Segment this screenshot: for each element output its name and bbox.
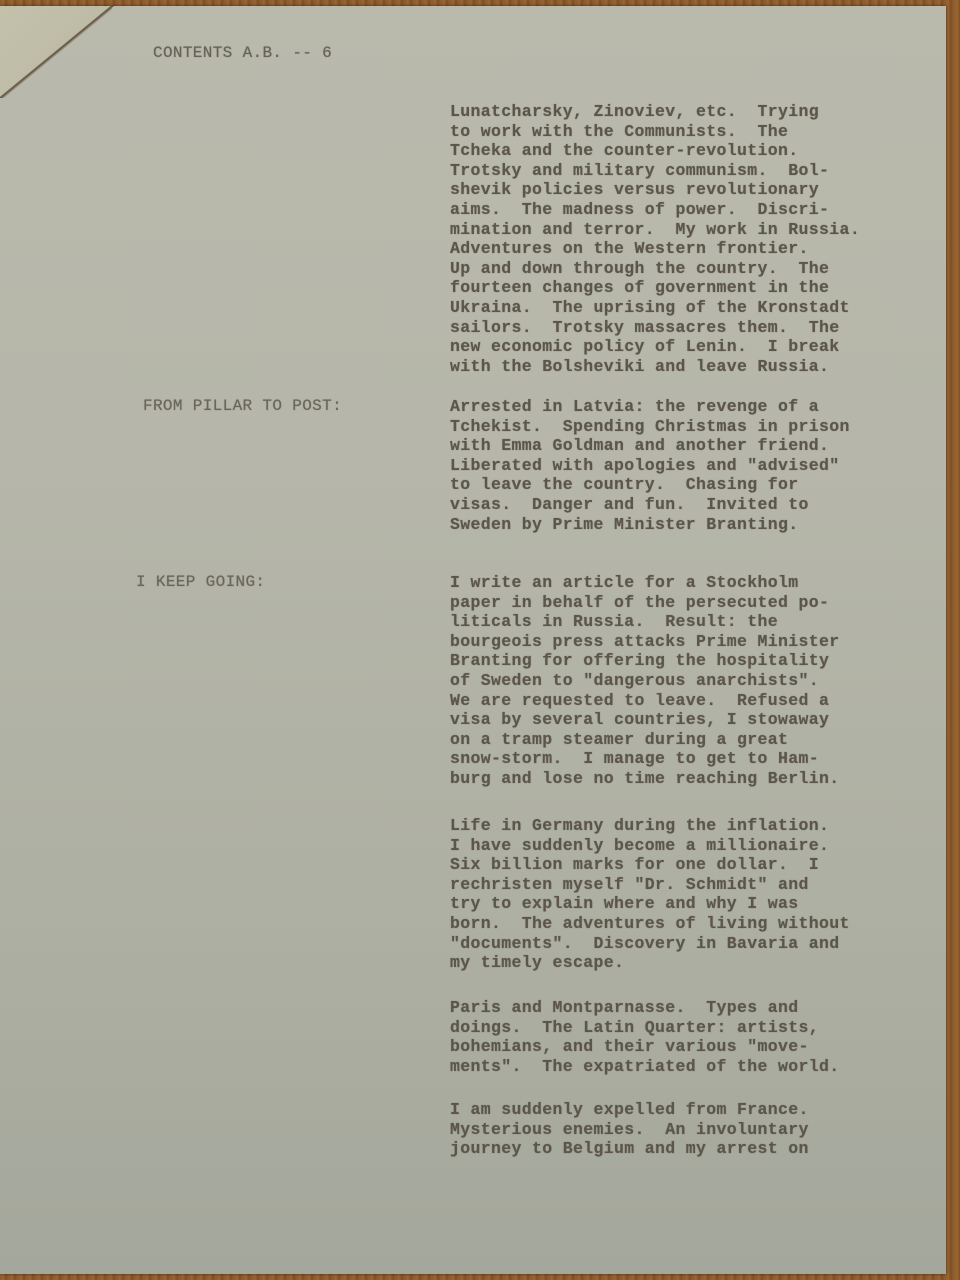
text-line: ments". The expatriated of the world. — [450, 1057, 840, 1077]
text-line: Six billion marks for one dollar. I — [450, 855, 850, 875]
text-line: Lunatcharsky, Zinoviev, etc. Trying — [450, 102, 860, 122]
text-line: liticals in Russia. Result: the — [450, 612, 840, 632]
text-line: Trotsky and military communism. Bol- — [450, 161, 860, 181]
paragraph-paris: Paris and Montparnasse. Types anddoings.… — [450, 998, 840, 1076]
paragraph-stockholm: I write an article for a Stockholmpaper … — [450, 573, 840, 789]
text-line: of Sweden to "dangerous anarchists". — [450, 671, 840, 691]
text-line: doings. The Latin Quarter: artists, — [450, 1018, 840, 1038]
section-label-i-keep-going: I KEEP GOING: — [136, 573, 265, 593]
text-line: Adventures on the Western frontier. — [450, 239, 860, 259]
fold-crease — [0, 6, 112, 98]
text-line: Ukraina. The uprising of the Kronstadt — [450, 298, 860, 318]
text-line: aims. The madness of power. Discri- — [450, 200, 860, 220]
text-line: shevik policies versus revolutionary — [450, 180, 860, 200]
paragraph-russia: Lunatcharsky, Zinoviev, etc. Tryingto wo… — [450, 102, 860, 376]
text-line: Life in Germany during the inflation. — [450, 816, 850, 836]
text-line: rechristen myself "Dr. Schmidt" and — [450, 875, 850, 895]
text-line: try to explain where and why I was — [450, 894, 850, 914]
text-line: born. The adventures of living without — [450, 914, 850, 934]
text-line: bohemians, and their various "move- — [450, 1037, 840, 1057]
text-line: Branting for offering the hospitality — [450, 651, 840, 671]
text-line: "documents". Discovery in Bavaria and — [450, 934, 850, 954]
text-line: paper in behalf of the persecuted po- — [450, 593, 840, 613]
paragraph-pillar-to-post: Arrested in Latvia: the revenge of aTche… — [450, 397, 850, 534]
text-line: Sweden by Prime Minister Branting. — [450, 515, 850, 535]
text-line: snow-storm. I manage to get to Ham- — [450, 749, 840, 769]
text-line: Paris and Montparnasse. Types and — [450, 998, 840, 1018]
page-header: CONTENTS A.B. -- 6 — [153, 44, 332, 64]
text-line: mination and terror. My work in Russia. — [450, 220, 860, 240]
text-line: new economic policy of Lenin. I break — [450, 337, 860, 357]
text-line: Up and down through the country. The — [450, 259, 860, 279]
text-line: journey to Belgium and my arrest on — [450, 1139, 809, 1159]
text-line: Arrested in Latvia: the revenge of a — [450, 397, 850, 417]
text-line: Liberated with apologies and "advised" — [450, 456, 850, 476]
text-line: to leave the country. Chasing for — [450, 475, 850, 495]
section-label-from-pillar-to-post: FROM PILLAR TO POST: — [143, 397, 342, 417]
text-line: bourgeois press attacks Prime Minister — [450, 632, 840, 652]
paragraph-expelled: I am suddenly expelled from France.Myste… — [450, 1100, 809, 1159]
text-line: I write an article for a Stockholm — [450, 573, 840, 593]
paragraph-germany: Life in Germany during the inflation.I h… — [450, 816, 850, 973]
text-line: to work with the Communists. The — [450, 122, 860, 142]
text-line: We are requested to leave. Refused a — [450, 691, 840, 711]
text-line: Mysterious enemies. An involuntary — [450, 1120, 809, 1140]
text-line: visa by several countries, I stowaway — [450, 710, 840, 730]
text-line: on a tramp steamer during a great — [450, 730, 840, 750]
text-line: I am suddenly expelled from France. — [450, 1100, 809, 1120]
text-line: Tchekist. Spending Christmas in prison — [450, 417, 850, 437]
text-line: with the Bolsheviki and leave Russia. — [450, 357, 860, 377]
text-line: visas. Danger and fun. Invited to — [450, 495, 850, 515]
text-line: fourteen changes of government in the — [450, 278, 860, 298]
text-line: my timely escape. — [450, 953, 850, 973]
text-line: Tcheka and the counter-revolution. — [450, 141, 860, 161]
text-line: sailors. Trotsky massacres them. The — [450, 318, 860, 338]
text-line: I have suddenly become a millionaire. — [450, 836, 850, 856]
text-line: with Emma Goldman and another friend. — [450, 436, 850, 456]
text-line: burg and lose no time reaching Berlin. — [450, 769, 840, 789]
